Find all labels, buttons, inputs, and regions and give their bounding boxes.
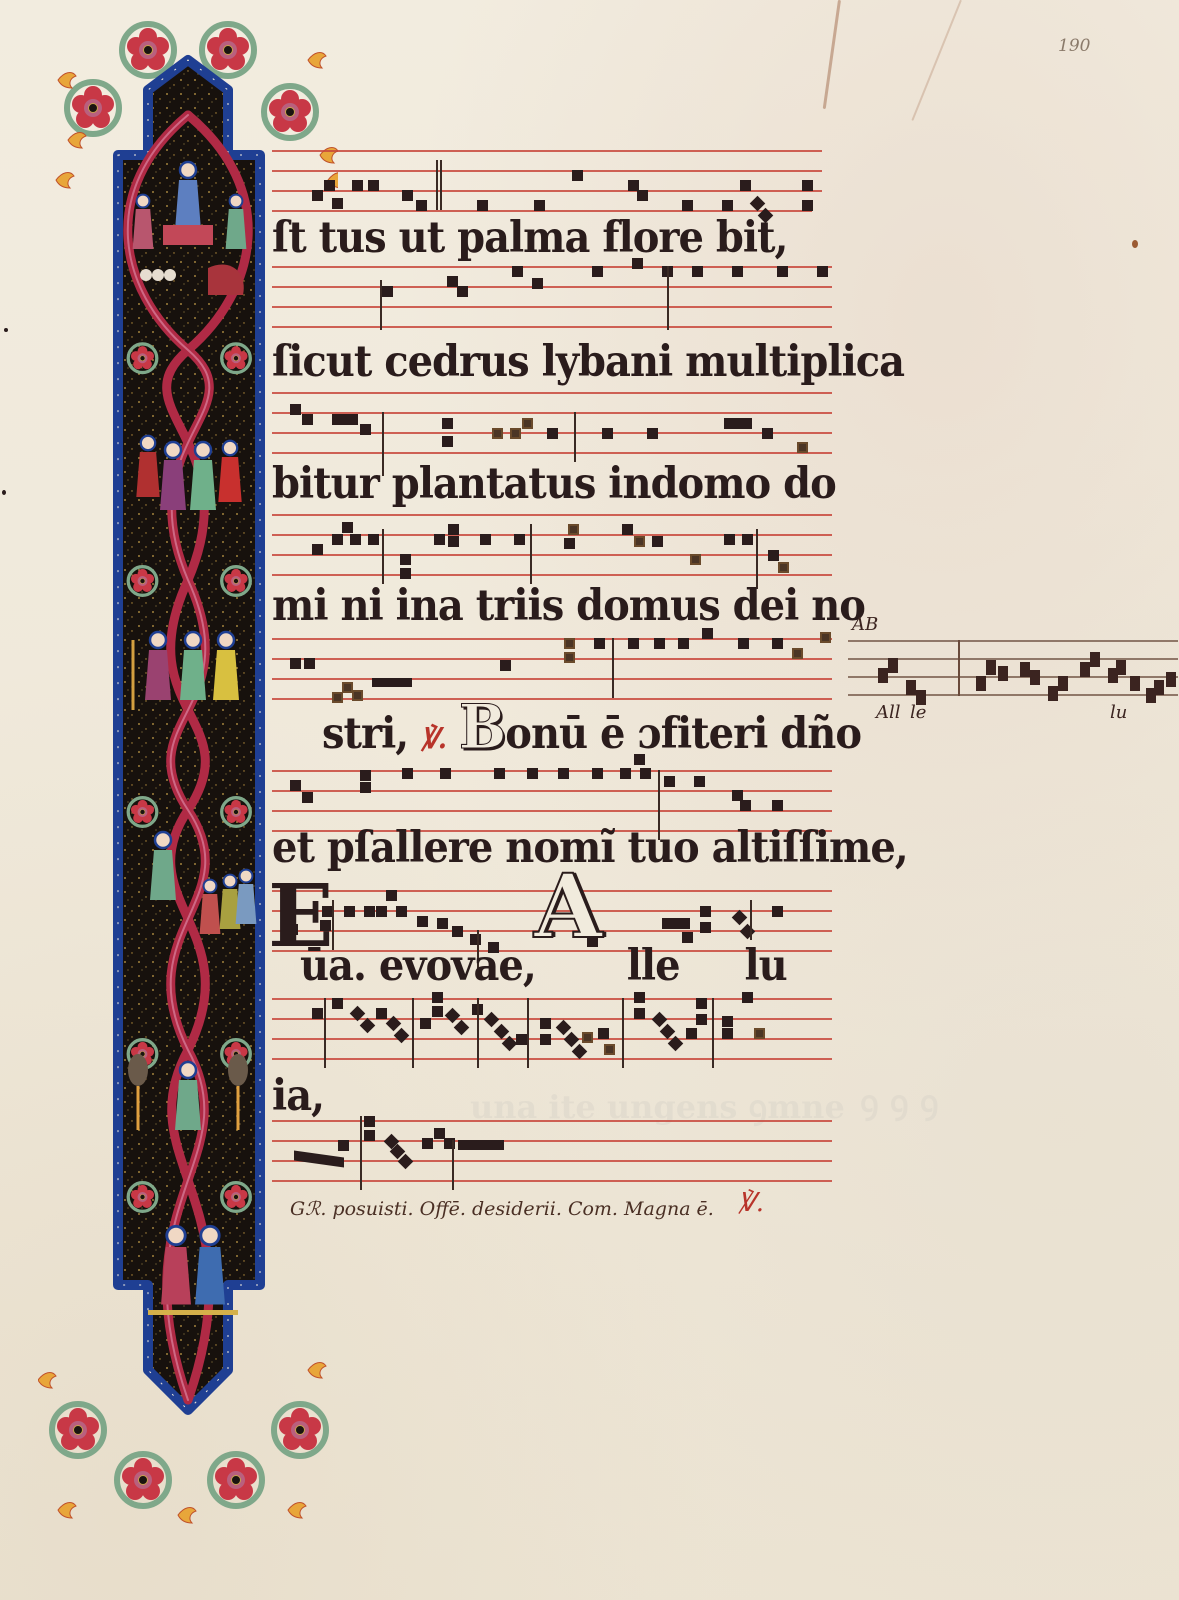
folio-number: 190 (1058, 36, 1090, 56)
margin-syllable-all: All (876, 702, 901, 723)
rubric-footer: Gℛ. posuisti. Offē. desiderii. Com. Magn… (290, 1198, 714, 1220)
lyric-bonum: onū ē ɔfiteri dño (505, 708, 861, 759)
lyric-lu: lu (744, 940, 786, 991)
music-staff (272, 770, 832, 830)
chant-line-8: ia, (272, 1070, 324, 1121)
chant-line-5: stri, ℣. Bonū ē ɔfiteri dño (272, 692, 861, 763)
lyric-stri: stri, (322, 708, 408, 759)
margin-syllable-le: le (910, 702, 926, 723)
versicle-mark: ℣. (421, 723, 446, 755)
chant-line-7: ūa. evovae, lle lu (300, 940, 787, 991)
decorated-initial-B: B (459, 692, 505, 763)
decorated-initial-A: A (534, 862, 602, 950)
chant-line-1: ſt tus ut palma flore bit, (272, 212, 787, 263)
ink-spot (1132, 240, 1138, 248)
margin-label: AB (852, 614, 878, 635)
lyric-evovae: ūa. evovae, (300, 940, 536, 991)
ink-spot (2, 490, 6, 495)
music-staff (272, 1120, 832, 1180)
music-staff (272, 266, 832, 326)
margin-syllable-lu: lu (1110, 702, 1127, 723)
chant-line-2: ſicut cedrus lybani multiplica (272, 336, 904, 387)
show-through-text: ꝯ ꝯ ꝯ (860, 1080, 939, 1123)
music-staff (272, 392, 832, 452)
lyric-lle: lle (627, 940, 680, 991)
music-staff (272, 514, 832, 574)
chant-line-3: bitur plantatus indomo do (272, 458, 836, 509)
music-staff (272, 998, 832, 1058)
music-staff (272, 150, 822, 210)
marginal-staff-addition: AB (848, 640, 1178, 700)
rubric-versicle-mark: ℣. (738, 1188, 764, 1218)
ink-spot (4, 328, 8, 332)
music-staff (272, 638, 832, 698)
chant-line-4: mi ni ina triis domus dei no (272, 580, 865, 631)
